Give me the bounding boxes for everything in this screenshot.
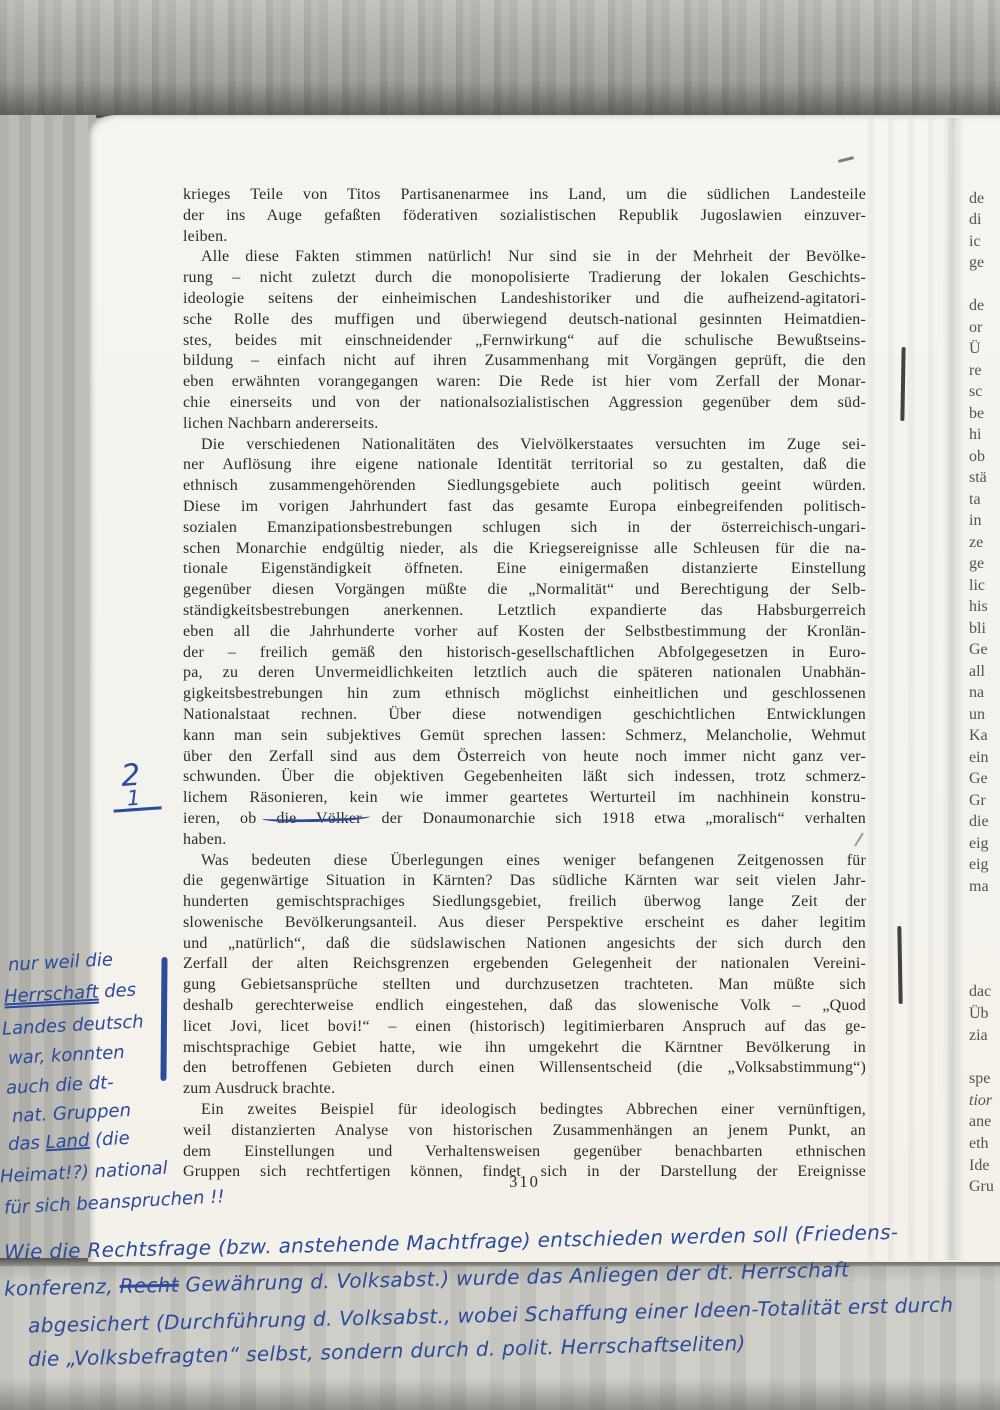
fraction-annotation: 2 1 [110,760,161,812]
fraction-bottom: 1 [112,787,161,812]
printed-text-block: krieges Teile von Titos Partisanenarmee … [183,185,866,1183]
facing-page-text-fragment: ta [969,491,981,509]
facing-page-text-fragment: spe [969,1070,990,1088]
facing-page-text-fragment: de [969,190,984,208]
facing-page-text-fragment: tior [969,1092,992,1110]
facing-page-text-fragment: die [969,813,989,831]
text-line: weil distanzierten Analyse von historisc… [183,1121,866,1142]
text-line: stes, beides mit einschneidender „Fernwi… [183,331,866,352]
text-line: mischtsprachige Gebiet hatte, wie ihn um… [183,1038,866,1059]
facing-page-text-fragment: all [969,663,985,681]
facing-page-text-fragment: ob [969,448,985,466]
facing-page-text-fragment: Ü [969,340,981,358]
facing-page-text-fragment: re [969,362,981,380]
text-line: eben all die Jahrhunderte vorher auf Kos… [183,622,866,643]
facing-page-text-fragment: or [969,319,982,337]
facing-page-text-fragment: de [969,297,984,315]
text-line: Diese im vorigen Jahrhundert fast das ge… [183,497,866,518]
text-line: haben. [183,830,866,851]
text-line: lichem Räsonieren, kein wie immer gearte… [183,788,866,809]
text-line: leiben. [183,227,866,248]
facing-page-text-fragment: eig [969,835,989,853]
facing-page-text-fragment: dac [969,983,991,1001]
text-line: der ins Auge gefaßten föderativen sozial… [183,206,866,227]
handwritten-text: Land [45,1130,90,1153]
text-line: sozialen Emanzipationsbestrebungen schlu… [183,518,866,539]
facing-page-text-fragment: ein [969,749,989,767]
text-line: tionale Eigenständigkeit öffneten. Eine … [183,559,866,580]
facing-page-text-fragment: un [969,706,985,724]
text-line: schwunden. Über die objektiven Gegebenhe… [183,767,866,788]
text-line: schen Monarchie endgültig nieder, als di… [183,539,866,560]
text-line: bildung – einfach nicht auf ihren Zusamm… [183,351,866,372]
text-line: lichen Nachbarn andererseits. [183,414,866,435]
text-line: deshalb gerechterweise endlich eingesteh… [183,996,866,1017]
handwritten-text: des [98,980,137,1003]
facing-page-text-fragment: stä [969,469,987,487]
facing-page-text-fragment: ge [969,555,984,573]
facing-page-text-fragment: ic [969,233,981,251]
facing-page-text-fragment: bli [969,620,986,638]
handwritten-text: (die [89,1128,130,1151]
text-line: ethnisch zusammengehörenden Siedlungsgeb… [183,476,866,497]
facing-page-text-fragment: na [969,684,984,702]
facing-page-text-fragment: sc [969,383,982,401]
facing-page-text-fragment: Gr [969,792,986,810]
text-line: sche Rolle des muffigen und überwiegend … [183,310,866,331]
text-line: ständigkeitsbestrebungen anerkennen. Let… [183,601,866,622]
text-line: Zerfall der alten Reichsgrenzen ergebend… [183,954,866,975]
facing-page-text-fragment: di [969,211,981,229]
scanner-bottom-smear [0,1378,1000,1410]
facing-page-text-fragment: zia [969,1027,988,1045]
text-line: ner Auflösung ihre eigene nationale Iden… [183,455,866,476]
text-line: über den Zerfall sind aus dem Österreich… [183,747,866,768]
scanner-top-band [0,0,1000,118]
text-line: und „natürlich“, daß die südslawischen N… [183,934,866,955]
margin-emphasis-line [160,957,167,1081]
facing-page-text-fragment: Gru [969,1178,994,1196]
text-line: slowenische Bevölkerungsanteil. Aus dies… [183,913,866,934]
facing-page-text-fragment: eig [969,856,989,874]
handwritten-text: das [8,1132,47,1155]
text-line: zum Ausdruck brachte. [183,1079,866,1100]
text-line: kann man sein subjektives Gemüt sprechen… [183,726,866,747]
facing-page-text-fragment: ma [969,878,989,896]
facing-page-text-fragment: Ka [969,727,988,745]
text-line: dem Einstellungen und Verhaltensweisen g… [183,1142,866,1163]
facing-page-text-fragment: his [969,598,988,616]
facing-page-text-fragment: eth [969,1135,989,1153]
text-line: Ein zweites Beispiel für ideologisch bed… [183,1100,866,1121]
facing-page-text-fragment: be [969,405,984,423]
text-line: rung – nicht zuletzt durch die monopolis… [183,268,866,289]
text-line: der – freilich gemäß den historisch-gese… [183,643,866,664]
facing-page-text-fragment: lic [969,577,985,595]
text-line: gung Gebietsansprüche stellten und durch… [183,975,866,996]
text-line: licet Jovi, licet bovi!“ – einen (histor… [183,1017,866,1038]
text-line: krieges Teile von Titos Partisanenarmee … [183,185,866,206]
text-line: chie einerseits und von der nationalsozi… [183,393,866,414]
text-line: pa, zu deren Unvermeidlichkeiten letztli… [183,663,866,684]
text-line: eben erwähnten vorangegangen waren: Die … [183,372,866,393]
text-line: die gegenwärtige Situation in Kärnten? D… [183,871,866,892]
page-gutter-shadow [942,118,964,1260]
text-line: gegenüber diesen Vorgängen müßte die „No… [183,580,866,601]
facing-page-text-fragment: in [969,512,981,530]
scanned-document: { "colors":{"handwriting_ink":"#2b4b9b",… [0,0,1000,1410]
facing-page-text-fragment: ane [969,1113,991,1131]
text-line: hunderten gemischtsprachiges Siedlungsge… [183,892,866,913]
handwritten-text: konferenz, [4,1274,120,1301]
text-line: Die verschiedenen Nationalitäten des Vie… [183,435,866,456]
facing-page-text-fragment: Ge [969,770,988,788]
facing-page-text-fragment: Üb [969,1005,989,1023]
facing-page-text-fragment: ge [969,254,984,272]
facing-page-text-fragment: ze [969,534,983,552]
text-line: Nationalstaat rechnen. Über diese notwen… [183,705,866,726]
text-line: gigkeitsbestrebungen hin zum ethnisch mö… [183,684,866,705]
text-line: den betroffenen Gebieten durch einen Wil… [183,1058,866,1079]
text-line: ideologie seitens der einheimischen Land… [183,289,866,310]
facing-page-text-fragment: Ge [969,641,988,659]
handwritten-text: Recht [119,1273,179,1298]
page-number: 310 [183,1172,866,1192]
facing-page-text-fragment: hi [969,426,981,444]
facing-page-text-fragment: Ide [969,1157,989,1175]
text-line: Was bedeuten diese Überlegungen eines we… [183,851,866,872]
text-line: Alle diese Fakten stimmen natürlich! Nur… [183,247,866,268]
